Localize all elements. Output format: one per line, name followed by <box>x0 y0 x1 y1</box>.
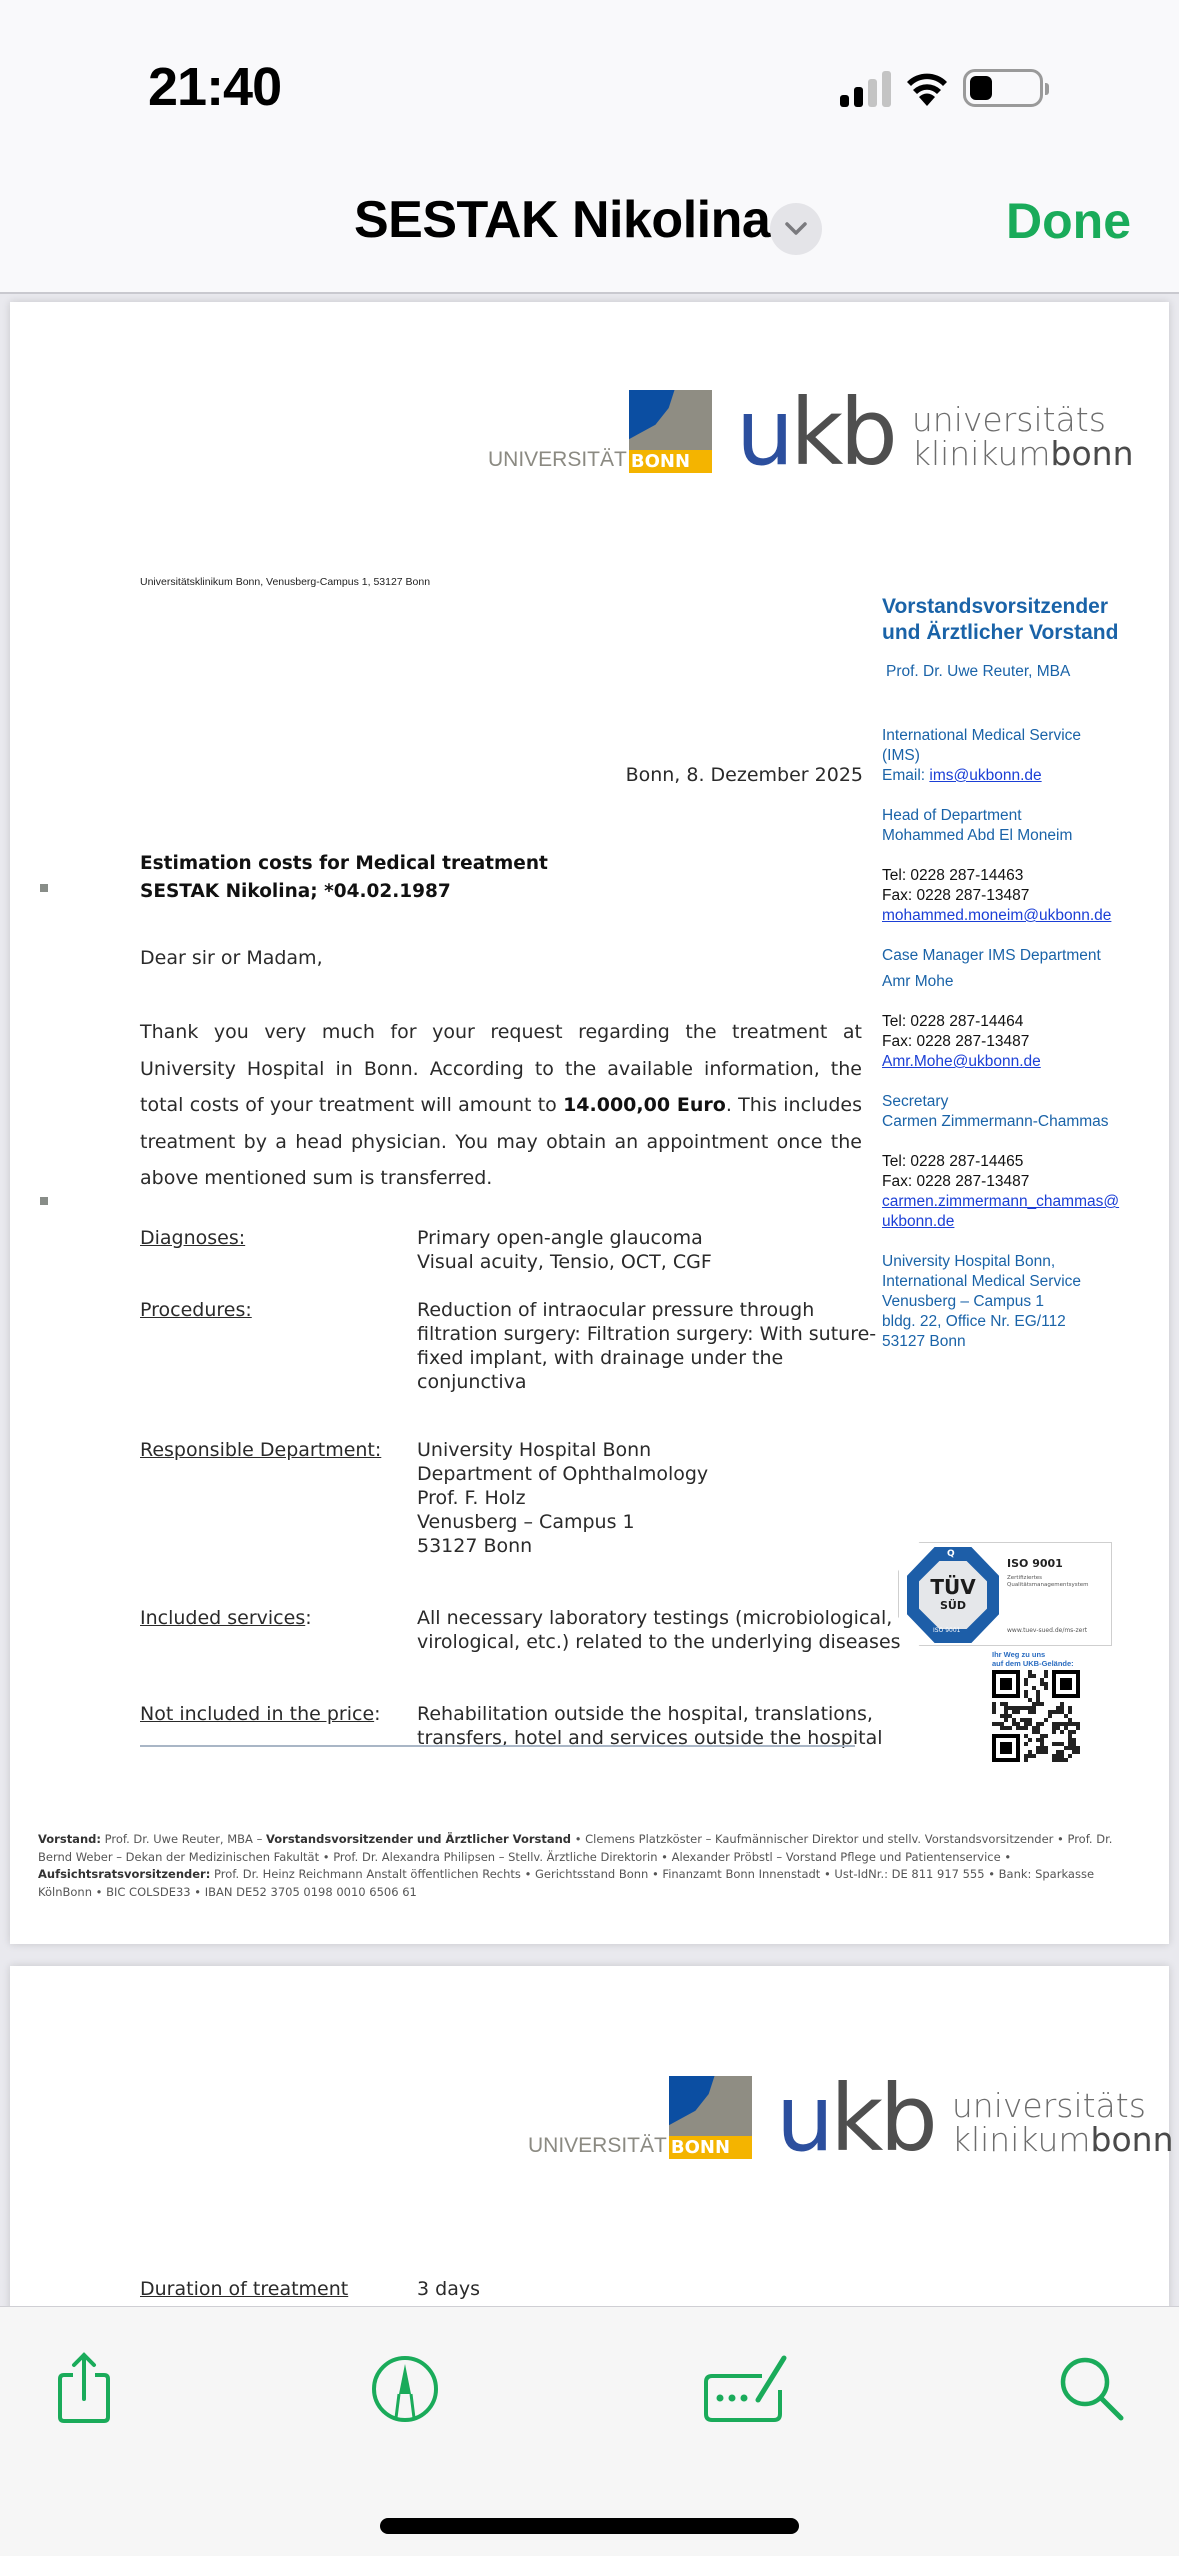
qr-caption: Ihr Weg zu uns auf dem UKB-Gelände: <box>992 1650 1074 1668</box>
address-line: International Medical Service <box>882 1272 1122 1292</box>
cellular-signal-icon <box>840 69 891 107</box>
done-button[interactable]: Done <box>1006 192 1131 250</box>
markup-icon <box>370 2354 440 2424</box>
margin-marker <box>40 884 48 892</box>
secretary-title: Secretary <box>882 1092 1122 1112</box>
share-button[interactable] <box>44 2349 124 2429</box>
secretary-email-link[interactable]: carmen.zimmermann_chammas@ukbonn.de <box>882 1192 1122 1232</box>
ims-email-link[interactable]: ims@ukbonn.de <box>929 767 1041 784</box>
duration-value: 3 days <box>417 2278 480 2300</box>
head-title: Head of Department <box>882 806 1122 826</box>
board-heading-2: und Ärztlicher Vorstand <box>882 620 1122 646</box>
address-line: 53127 Bonn <box>882 1332 1122 1352</box>
status-time: 21:40 <box>148 56 281 118</box>
ukb-logo: ukb <box>736 393 894 473</box>
uni-bonn-logo-mark: BONN <box>669 2076 752 2159</box>
address-line: Venusberg – Campus 1 <box>882 1292 1122 1312</box>
tuv-iso-certification-badge: Q TÜV SÜD ISO 9001 ISO 9001 Zertifiziert… <box>898 1542 1112 1646</box>
uni-bonn-logo-mark: BONN <box>629 390 712 473</box>
document-title[interactable]: SESTAK Nikolina <box>354 190 770 250</box>
letter-subject: Estimation costs for Medical treatment S… <box>140 850 548 906</box>
signature-icon <box>702 2354 792 2424</box>
letter-body: Thank you very much for your request reg… <box>140 1014 862 1197</box>
contact-sidebar: Vorstandsvorsitzender und Ärztlicher Vor… <box>882 594 1122 1352</box>
ukb-wordmark: universitäts klinikumbonn <box>912 403 1134 473</box>
head-tel: Tel: 0228 287-14463 <box>882 866 1122 886</box>
home-indicator <box>380 2518 799 2534</box>
letterhead-logo: UNIVERSITÄT BONN ukb universitäts klinik… <box>528 2076 1174 2159</box>
pdf-viewer-screen: 21:40 SESTAK Nikolina Done UNIVERSITÄT B… <box>0 0 1179 2556</box>
secretary-fax: Fax: 0228 287-13487 <box>882 1172 1122 1192</box>
head-email-link[interactable]: mohammed.moneim@ukbonn.de <box>882 907 1111 924</box>
margin-marker <box>40 1197 48 1205</box>
head-fax: Fax: 0228 287-13487 <box>882 886 1122 906</box>
share-icon <box>54 2351 114 2427</box>
case-fax: Fax: 0228 287-13487 <box>882 1032 1122 1052</box>
search-icon <box>1057 2354 1127 2424</box>
total-amount: 14.000,00 Euro <box>563 1094 726 1116</box>
board-heading: Vorstandsvorsitzender <box>882 594 1122 620</box>
head-name: Mohammed Abd El Moneim <box>882 826 1122 846</box>
footer-divider <box>140 1745 855 1747</box>
battery-icon <box>963 69 1043 107</box>
wifi-icon <box>905 68 949 108</box>
sender-address-line: Universitätsklinikum Bonn, Venusberg-Cam… <box>140 576 430 588</box>
ceo-name: Prof. Dr. Uwe Reuter, MBA <box>882 662 1122 682</box>
title-menu-button[interactable] <box>770 203 822 255</box>
salutation: Dear sir or Madam, <box>140 947 323 969</box>
markup-button[interactable] <box>365 2349 445 2429</box>
chevron-down-icon <box>785 222 807 236</box>
signature-button[interactable] <box>702 2349 792 2429</box>
bottom-toolbar <box>0 2306 1179 2556</box>
letter-date: Bonn, 8. Dezember 2025 <box>626 764 863 786</box>
letterhead-logo: UNIVERSITÄT BONN ukb universitäts klinik… <box>488 390 1134 473</box>
case-email-link[interactable]: Amr.Mohe@ukbonn.de <box>882 1053 1041 1070</box>
top-bar: 21:40 SESTAK Nikolina Done <box>0 0 1179 294</box>
case-tel: Tel: 0228 287-14464 <box>882 1012 1122 1032</box>
address-line: bldg. 22, Office Nr. EG/112 <box>882 1312 1122 1332</box>
ukb-logo: ukb <box>776 2079 934 2159</box>
case-manager-name: Amr Mohe <box>882 972 1122 992</box>
secretary-tel: Tel: 0228 287-14465 <box>882 1152 1122 1172</box>
qr-code[interactable] <box>992 1670 1080 1762</box>
duration-label: Duration of treatment <box>140 2278 348 2300</box>
legal-footer: Vorstand: Prof. Dr. Uwe Reuter, MBA – Vo… <box>38 1831 1133 1901</box>
ukb-wordmark: universitäts klinikumbonn <box>952 2089 1174 2159</box>
university-text: UNIVERSITÄT <box>488 448 627 473</box>
address-line: University Hospital Bonn, <box>882 1252 1122 1272</box>
status-icons <box>840 66 1043 110</box>
search-button[interactable] <box>1052 2349 1132 2429</box>
secretary-name: Carmen Zimmermann-Chammas <box>882 1112 1122 1132</box>
ims-title: International Medical Service (IMS) <box>882 726 1122 766</box>
case-manager-title: Case Manager IMS Department <box>882 946 1122 966</box>
pdf-page-1: UNIVERSITÄT BONN ukb universitäts klinik… <box>10 302 1169 1944</box>
